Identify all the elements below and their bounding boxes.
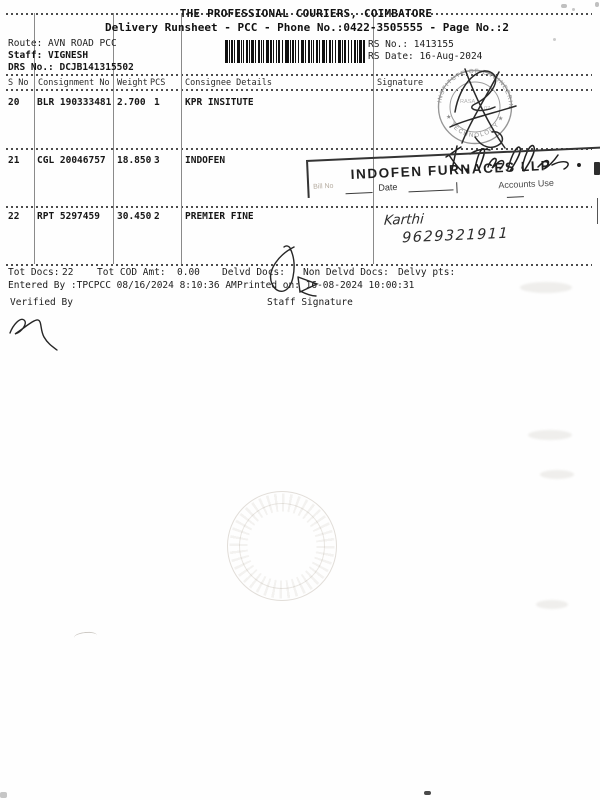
runsheet-title: Delivery Runsheet - PCC - Phone No.:0422…	[105, 21, 509, 34]
row20-consignment-no: BLR 190333481	[37, 97, 111, 108]
bill-no-line	[346, 191, 373, 194]
row21-consignee: INDOFEN	[185, 155, 225, 166]
row22-pcs: 2	[154, 211, 160, 222]
rule-row2	[6, 206, 592, 208]
stamp-inner-text-1: RASA	[460, 99, 476, 105]
row20-s-no: 20	[8, 97, 19, 108]
row21-pcs: 3	[154, 155, 160, 166]
date-line	[408, 188, 453, 192]
ghost-stamp-texture	[228, 492, 336, 600]
bill-no-label: Bill No	[313, 183, 334, 191]
row20-consignee: KPR INSITUTE	[185, 97, 254, 108]
row21-weight: 18.850	[117, 155, 151, 166]
row20-weight: 2.700	[117, 97, 146, 108]
row20-pcs: 1	[154, 97, 160, 108]
row21-consignment-no: CGL 20046757	[37, 155, 106, 166]
right-edge-rule	[597, 198, 598, 224]
tot-docs-value: 22	[62, 267, 73, 278]
delvy-pts-label: Delvy pts:	[398, 267, 455, 278]
col-pcs: PCS	[150, 78, 165, 88]
column-rule-3	[181, 13, 182, 264]
handwritten-name: Karthi	[383, 211, 424, 228]
rs-no-field: RS No.: 1413155	[368, 39, 454, 50]
row22-consignee: PREMIER FINE	[185, 211, 254, 222]
verified-by-label: Verified By	[10, 297, 73, 308]
tot-cod-value: 0.00	[177, 267, 200, 278]
route-field: Route: AVN ROAD PCC	[8, 38, 117, 49]
scan-smudge	[536, 600, 568, 609]
scan-smudge	[520, 282, 572, 293]
ghost-stamp-bleedthrough	[227, 491, 337, 601]
stamp-tick	[456, 182, 458, 193]
runsheet-document: THE PROFESSIONAL COURIERS, COIMBATORE De…	[0, 0, 600, 800]
drs-no-field: DRS No.: DCJB141315502	[8, 62, 134, 73]
scan-speck	[595, 2, 599, 7]
staff-signature-scrawl	[256, 244, 331, 299]
scan-smudge	[528, 430, 572, 440]
verified-by-scrawl	[6, 309, 68, 351]
staff-field: Staff: VIGNESH	[8, 50, 88, 61]
date-label: Date	[378, 182, 397, 193]
col-weight: Weight	[117, 78, 148, 88]
stamp-left-border	[306, 162, 310, 198]
pen-mark-right-edge	[594, 162, 600, 175]
row22-s-no: 22	[8, 211, 19, 222]
col-s-no: S No	[8, 78, 28, 88]
scan-speck	[0, 792, 7, 798]
handwritten-phone: 9629321911	[402, 226, 510, 247]
row22-consignment-no: RPT 5297459	[37, 211, 100, 222]
entered-by-line: Entered By :TPCPCC 08/16/2024 8:10:36 AM	[8, 280, 237, 291]
row22-weight: 30.450	[117, 211, 151, 222]
col-consignee: Consignee Details	[185, 78, 272, 88]
tot-cod-label: Tot COD Amt:	[97, 267, 166, 278]
row21-s-no: 21	[8, 155, 19, 166]
scan-speck	[561, 4, 567, 8]
accounts-use-label: Accounts Use	[498, 178, 554, 191]
company-title: THE PROFESSIONAL COURIERS, COIMBATORE	[0, 7, 600, 20]
column-rule-2	[113, 13, 114, 264]
scan-speck	[424, 791, 431, 795]
scan-smudge	[540, 470, 574, 479]
indofen-furnaces-stamp: INDOFEN FURNACES LLP Bill No Date Accoun…	[306, 146, 600, 214]
tot-docs-label: Tot Docs:	[8, 267, 59, 278]
scan-speck	[553, 38, 556, 41]
scan-speck	[572, 8, 575, 11]
col-consignment-no: Consignment No	[38, 78, 110, 88]
faint-pen-arc	[74, 631, 98, 642]
accounts-dash	[507, 195, 524, 198]
col-signature: Signature	[377, 78, 423, 88]
barcode	[225, 40, 365, 63]
